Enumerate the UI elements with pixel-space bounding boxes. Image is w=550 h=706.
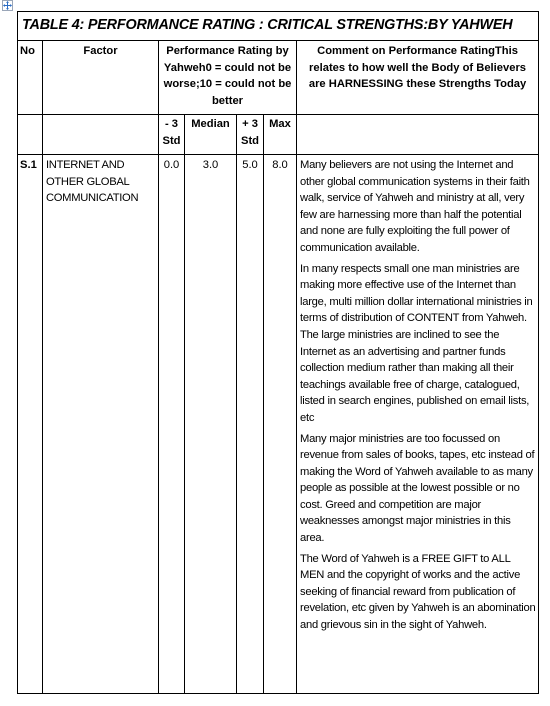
subheader-comment-empty (297, 115, 539, 155)
performance-rating-table: TABLE 4: PERFORMANCE RATING : CRITICAL S… (17, 11, 539, 694)
header-row: No Factor Performance Rating by Yahweh0 … (18, 41, 539, 115)
title-row: TABLE 4: PERFORMANCE RATING : CRITICAL S… (18, 12, 539, 41)
row-median: 3.0 (185, 155, 237, 694)
move-arrows-icon (3, 1, 12, 10)
comment-paragraph: Many believers are not using the Interne… (300, 157, 536, 257)
table-row: S.1 INTERNET AND OTHER GLOBAL COMMUNICAT… (18, 155, 539, 694)
row-max: 8.0 (264, 155, 297, 694)
subheader-plus-3-std: + 3 Std (237, 115, 264, 155)
header-performance-rating: Performance Rating by Yahweh0 = could no… (159, 41, 297, 115)
subheader-minus-3-std: - 3 Std (159, 115, 185, 155)
row-factor: INTERNET AND OTHER GLOBAL COMMUNICATION (43, 155, 159, 694)
subheader-max: Max (264, 115, 297, 155)
comment-paragraph: In many respects small one man ministrie… (300, 261, 536, 427)
header-comment: Comment on Performance RatingThis relate… (297, 41, 539, 115)
row-comment: Many believers are not using the Interne… (297, 155, 539, 694)
table-title: TABLE 4: PERFORMANCE RATING : CRITICAL S… (18, 12, 539, 41)
subheader-factor-empty (43, 115, 159, 155)
table-move-handle[interactable] (2, 0, 13, 11)
row-number: S.1 (18, 155, 43, 694)
row-plus-3-std: 5.0 (237, 155, 264, 694)
comment-paragraph: The Word of Yahweh is a FREE GIFT to ALL… (300, 551, 536, 634)
subheader-row: - 3 Std Median + 3 Std Max (18, 115, 539, 155)
header-factor: Factor (43, 41, 159, 115)
header-no: No (18, 41, 43, 115)
row-minus-3-std: 0.0 (159, 155, 185, 694)
comment-paragraph: Many major ministries are too focussed o… (300, 431, 536, 547)
subheader-median: Median (185, 115, 237, 155)
subheader-no-empty (18, 115, 43, 155)
